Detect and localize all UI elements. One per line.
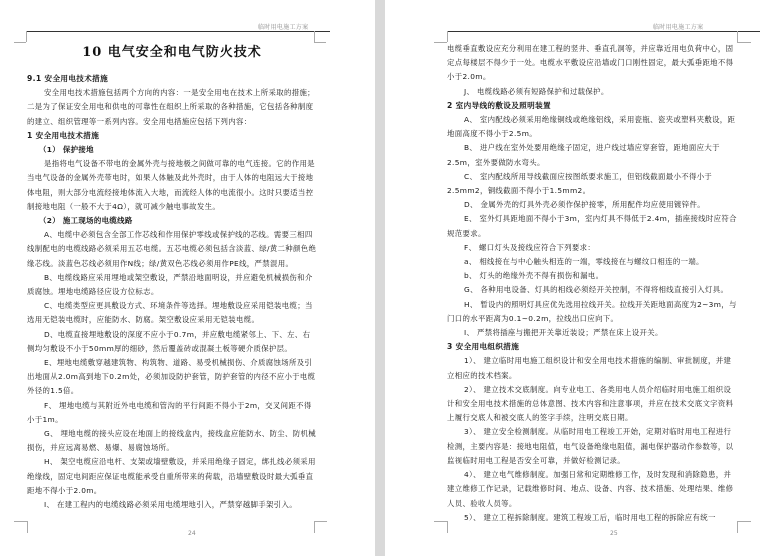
list-item: I、 在建工程内的电缆线路必须采用电缆埋地引入，严禁穿越脚手架引入。 [27, 498, 317, 512]
paragraph: 是指将电气设备不带电的金属外壳与接地极之间做可靠的电气连接。它的作用是当电气设备… [27, 157, 317, 214]
header-rule [27, 31, 330, 32]
margin-corner-mark [737, 521, 751, 522]
list-item: A、 室内配线必须采用绝缘铜线或绝缘铝线，采用瓷瓶、瓷夹或塑料夹敷设，距地面高度… [447, 113, 737, 141]
list-item: D、 金属外壳的灯具外壳必须作保护接零，所用配件均应使用镀锌件。 [447, 198, 737, 212]
margin-corner-mark [14, 521, 27, 522]
list-item: F、 埋地电缆与其附近外电电缆和管沟的平行间距不得小于2m，交叉间距不得小于1m… [27, 399, 317, 427]
subsection-heading: 1 安全用电技术措施 [27, 129, 317, 143]
margin-corner-mark [14, 42, 26, 43]
page-header-text: 临时用电施工方案 [653, 22, 703, 31]
margin-corner-mark [314, 521, 315, 533]
document-page-right: 临时用电施工方案 电缆垂直敷设应充分利用在建工程的竖井、垂直孔洞等，并应靠近用电… [385, 0, 760, 556]
margin-corner-mark [434, 42, 447, 43]
page-number: 24 [188, 530, 196, 537]
subsection-heading: （2） 施工现场的电缆线路 [27, 214, 317, 228]
list-item: A、电缆中必须包含全部工作芯线和作用保护零线或保护线的芯线。需要三相四线制配电的… [27, 228, 317, 271]
chapter-title: 10 电气安全和电气防火技术 [27, 38, 317, 68]
list-item: G、 各种用电设备、灯具的相线必须经开关控制，不得将相线直接引入灯具。 [447, 283, 737, 297]
list-item: I、 严禁将插座与搬把开关靠近装设；严禁在床上设开关。 [447, 326, 737, 340]
margin-corner-mark [27, 521, 28, 533]
list-item: 4）、 建立电气维修制度。加强日常和定期维修工作，及时发现和消除隐患，并建立维修… [447, 468, 737, 511]
list-subitem: b、 灯头的绝缘外壳不得有损伤和漏电。 [447, 269, 737, 283]
margin-corner-mark [737, 31, 738, 42]
page-header-text: 临时用电施工方案 [258, 22, 308, 31]
subsection-heading: 2 室内导线的敷设及照明装置 [447, 99, 737, 113]
list-item: F、 螺口灯头及接线应符合下列要求： [447, 241, 737, 255]
list-item: B、电缆线路应采用埋地或架空敷设，严禁沿地面明设，并应避免机械损伤和介质腐蚀。埋… [27, 271, 317, 299]
subsection-heading: 3 安全用电组织措施 [447, 340, 737, 354]
list-item: 5）、 建立工程拆除制度。建筑工程竣工后，临时用电工程的拆除应有统一 [447, 511, 737, 525]
list-item: E、 室外灯具距地面不得小于3m，室内灯具不得低于2.4m，插座接线时应符合规范… [447, 212, 737, 240]
paragraph: 安全用电技术措施包括两个方向的内容：一是安全用电在技术上所采取的措施；二是为了保… [27, 86, 317, 129]
page-body: 电缆垂直敷设应充分利用在建工程的竖井、垂直孔洞等，并应靠近用电负荷中心，固定点每… [447, 42, 737, 525]
margin-corner-mark [314, 521, 327, 522]
list-item: 1）、 建立临时用电施工组织设计和安全用电技术措施的编制、审批制度，并建立相应的… [447, 354, 737, 382]
list-item: 3）、 建立安全检测制度。从临时用电工程竣工开始，定期对临时用电工程进行检测，主… [447, 425, 737, 468]
page-number: 25 [610, 530, 618, 537]
list-item: J、 电缆线路必须有短路保护和过载保护。 [447, 85, 737, 99]
list-item: C、 室内配线所用导线截面应按图纸要求施工，但铝线截面最小不得小于2.5mm2，… [447, 170, 737, 198]
list-item: 2）、 建立技术交底制度。向专业电工、各类用电人员介绍临时用电施工组织设计和安全… [447, 383, 737, 426]
list-subitem: a、 相线接在与中心触头相连的一端，零线接在与螺纹口相连的一端。 [447, 255, 737, 269]
margin-corner-mark [14, 31, 27, 42]
document-page-left: 临时用电施工方案 10 电气安全和电气防火技术 9.1 安全用电技术措施 安全用… [0, 0, 375, 556]
header-rule [447, 31, 760, 32]
subsection-heading: （1） 保护接地 [27, 143, 317, 157]
list-item: C、电缆类型应更具敷设方式、环境条件等选择。埋地敷设应采用铠装电缆；当选用无铠装… [27, 299, 317, 327]
list-item: H、 架空电缆应沿电杆、支架或墙壁敷设，并采用绝缘子固定，绑扎线必须采用绝缘线，… [27, 455, 317, 498]
margin-corner-mark [737, 521, 738, 533]
page-body: 10 电气安全和电气防火技术 9.1 安全用电技术措施 安全用电技术措施包括两个… [27, 38, 317, 512]
paragraph: 电缆垂直敷设应充分利用在建工程的竖井、垂直孔洞等，并应靠近用电负荷中心，固定点每… [447, 42, 737, 85]
list-item: D、电缆直接埋地敷设的深度不应小于0.7m，并应敷电缆紧邻上、下、左、右侧均匀敷… [27, 328, 317, 356]
margin-corner-mark [447, 521, 448, 533]
list-item: G、 埋地电缆的接头应设在地面上的接线盒内，接线盒应能防水、防尘、防机械损伤，并… [27, 427, 317, 455]
list-item: H、 暂设内的照明灯具应优先选用拉线开关。拉线开关距地面高度为2~3m，与门口的… [447, 298, 737, 326]
section-heading: 9.1 安全用电技术措施 [27, 72, 317, 86]
margin-corner-mark [447, 31, 448, 42]
list-item: E、埋地电缆敷穿越建筑物、构筑物、道路、易受机械损伤、介质腐蚀场所及引出地面从2… [27, 356, 317, 399]
margin-corner-mark [434, 521, 447, 522]
margin-corner-mark [737, 42, 751, 43]
list-item: B、 进户线在室外处要用绝缘子固定，进户线过墙应穿套管，距地面应大于2.5m，室… [447, 141, 737, 169]
